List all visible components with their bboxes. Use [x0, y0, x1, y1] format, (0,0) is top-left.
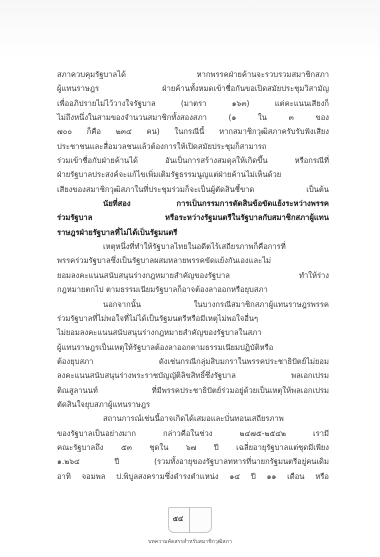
text-line: นอกจากนั้น ในบางกรณีสมาชิกสภาผู้แทนราษฎร…	[57, 298, 329, 312]
text-line: ร่วมเข้าชื่อกับฝ่ายค้านได้ อันเป็นการสร้…	[57, 154, 329, 168]
text-line: ของรัฐบาลเป็นอย่างมาก กล่าวคือในช่วง ๒๔๗…	[57, 427, 329, 441]
body-text: สภาควบคุมรัฐบาลได้ หากพรรคฝ่ายค้านจะรวบร…	[57, 68, 329, 484]
text-line: ติณสูลานนท์ ที่มีพรรคประชาธิปัตย์ร่วมอยู…	[57, 384, 329, 398]
text-line: ไม่ถึงหนึ่งในสามของจำนวนสมาชิกทั้งสองสภา…	[57, 111, 329, 125]
text-line: ไม่ยอมลงคะแนนสนับสนุนร่างกฎหมายสำคัญของร…	[57, 326, 329, 340]
text-line: อาทิ จอมพล ป.พิบูลสงครามซึ่งดำรงตำแหน่ง …	[57, 470, 329, 484]
text-line: ต้องยุบสภา ดังเช่นกรณีกลุ่มสิบมกราในพรรค…	[57, 355, 329, 369]
text-line: ยอมลงคะแนนสนับสนุนร่างกฎหมายสำคัญของรัฐบ…	[57, 269, 329, 283]
text-line: ๗๐๐ ก็คือ ๒๓๔ คน) ในกรณีนี้ หากสมาชิกวุฒ…	[57, 125, 329, 139]
open-book-icon: ๕๔	[167, 505, 213, 535]
section-heading-line: ราษฎรฝ่ายรัฐบาลที่ไม่ได้เป็นรัฐมนตรี	[57, 226, 329, 240]
text-line: เสียงของสมาชิกวุฒิสภาในที่ประชุมร่วมก็จะ…	[57, 183, 329, 197]
text-line: ลงคะแนนสนับสนุนร่างพระราชบัญญัติลิขสิทธิ…	[57, 369, 329, 383]
text-line: ผู้แทนราษฎร ฝ่ายค้านทั้งหมดเข้าชื่อกันขอ…	[57, 82, 329, 96]
text-line: สภาควบคุมรัฐบาลได้ หากพรรคฝ่ายค้านจะรวบร…	[57, 68, 329, 82]
text-line: เพื่ออภิปรายไม่ไว้วางใจรัฐบาล (มาตรา ๑๖๓…	[57, 97, 329, 111]
page-footer: ๕๔ บทความคัดสรรสำหรับสมาชิกวุฒิสภา	[0, 505, 380, 546]
footer-caption: บทความคัดสรรสำหรับสมาชิกวุฒิสภา	[0, 538, 380, 546]
text-line: กฎหมายตกไป ตามธรรมเนียมรัฐบาลก็อาจต้องลา…	[57, 283, 329, 297]
text-line: ผู้แทนราษฎรเป็นเหตุให้รัฐบาลต้องลาออกตาม…	[57, 341, 329, 355]
text-line: เหตุหนึ่งที่ทำให้รัฐบาลไทยในอดีตไร้เสถีย…	[57, 240, 329, 254]
text-line: ฝ่ายรัฐบาลประสงค์จะแก้ไขเพิ่มเติมรัฐธรรม…	[57, 168, 329, 182]
section-heading-line: ร่วมรัฐบาล หรือระหว่างรัฐมนตรีในรัฐบาลกั…	[57, 211, 329, 225]
text-line: พรรคร่วมรัฐบาลซึ่งเป็นรัฐบาลผสมหลายพรรคข…	[57, 254, 329, 268]
text-line: ร่วมรัฐบาลที่ไม่พอใจที่ไม่ได้เป็นรัฐมนตร…	[57, 312, 329, 326]
page-number: ๕๔	[167, 514, 189, 525]
text-line: ๑.๒๖๔ ปี (รวมทั้งอายุของรัฐบาลทหารที่นาย…	[57, 455, 329, 469]
text-line: ประชาชนและสื่อมวลชนแล้วต้องการให้เปิดสมั…	[57, 140, 329, 154]
text-line: สถานการณ์เช่นนี้อาจเกิดได้เสมอและบั่นทอน…	[57, 412, 329, 426]
section-heading-line: นัยที่สอง การเป็นกรรมการตัดสินข้อขัดแย้ง…	[57, 197, 329, 211]
text-line: ตัดสินใจยุบสภาผู้แทนราษฎร	[57, 398, 329, 412]
document-page: สภาควบคุมรัฐบาลได้ หากพรรคฝ่ายค้านจะรวบร…	[0, 0, 380, 557]
text-line: คณะรัฐบาลถึง ๕๓ ชุดใน ๖๗ ปี เฉลี่ยอายุรั…	[57, 441, 329, 455]
